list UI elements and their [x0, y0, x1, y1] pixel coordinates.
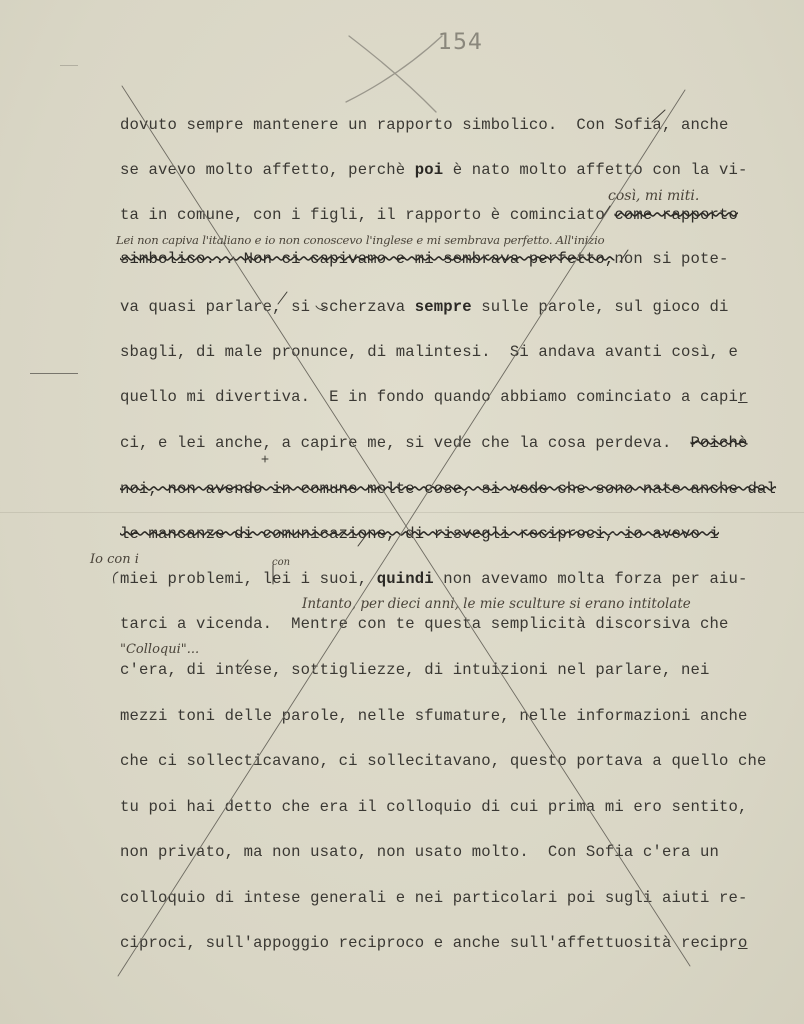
pencil-cross-out-marks	[0, 0, 804, 1024]
cross-out-stroke	[118, 90, 685, 976]
document-page: 154 dovuto sempre mantenere un rapporto …	[0, 0, 804, 1024]
